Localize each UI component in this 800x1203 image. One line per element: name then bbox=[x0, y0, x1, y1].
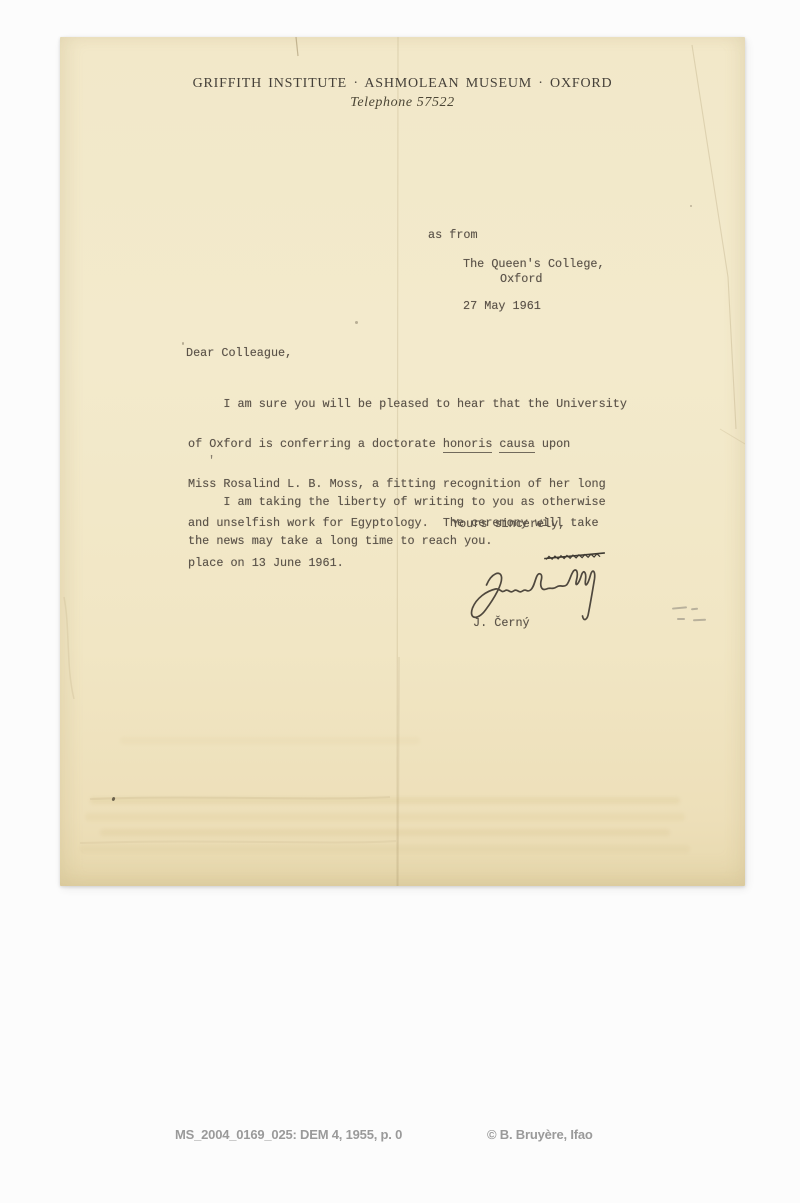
bleed-smudge bbox=[90, 797, 680, 804]
stray-apostrophe-mark: ' bbox=[208, 455, 215, 468]
body-line: I am taking the liberty of writing to yo… bbox=[188, 496, 606, 509]
bleed-smudge bbox=[85, 813, 685, 821]
letterhead-institution: GRIFFITH INSTITUTE · ASHMOLEAN MUSEUM · … bbox=[60, 76, 745, 92]
pencil-mark bbox=[677, 618, 685, 620]
underlined-word: honoris bbox=[443, 437, 493, 453]
pencil-mark bbox=[693, 619, 706, 621]
ink-speck bbox=[182, 342, 184, 345]
body-line: I am sure you will be pleased to hear th… bbox=[188, 398, 627, 411]
letterhead-telephone: Telephone 57522 bbox=[60, 95, 745, 111]
as-from-line: as from bbox=[428, 229, 478, 242]
ink-speck bbox=[355, 321, 358, 324]
body-line: the news may take a long time to reach y… bbox=[188, 535, 606, 548]
scan-page: GRIFFITH INSTITUTE · ASHMOLEAN MUSEUM · … bbox=[0, 0, 800, 1203]
letter-date: 27 May 1961 bbox=[463, 300, 541, 313]
underlined-word: causa bbox=[499, 437, 534, 453]
pencil-mark bbox=[672, 606, 687, 609]
address-line-2: Oxford bbox=[500, 273, 542, 286]
caption-reference: MS_2004_0169_025: DEM 4, 1955, p. 0 bbox=[175, 1127, 402, 1142]
signature-typed-name: J. Černý bbox=[473, 617, 530, 630]
caption-copyright: © B. Bruyère, Ifao bbox=[487, 1127, 593, 1142]
salutation: Dear Colleague, bbox=[186, 347, 292, 360]
body-line: of Oxford is conferring a doctorate hono… bbox=[188, 438, 627, 451]
closing-line: Yours sincerely, bbox=[452, 518, 565, 531]
pencil-mark bbox=[691, 608, 698, 610]
ink-speck bbox=[690, 205, 692, 207]
letter-document: GRIFFITH INSTITUTE · ASHMOLEAN MUSEUM · … bbox=[60, 37, 745, 886]
address-line-1: The Queen's College, bbox=[463, 258, 605, 271]
bleed-smudge bbox=[100, 829, 670, 836]
body-text: of Oxford is conferring a doctorate bbox=[188, 437, 443, 451]
bleed-smudge bbox=[120, 737, 420, 744]
body-text: upon bbox=[535, 437, 570, 451]
bleed-smudge bbox=[80, 845, 690, 853]
